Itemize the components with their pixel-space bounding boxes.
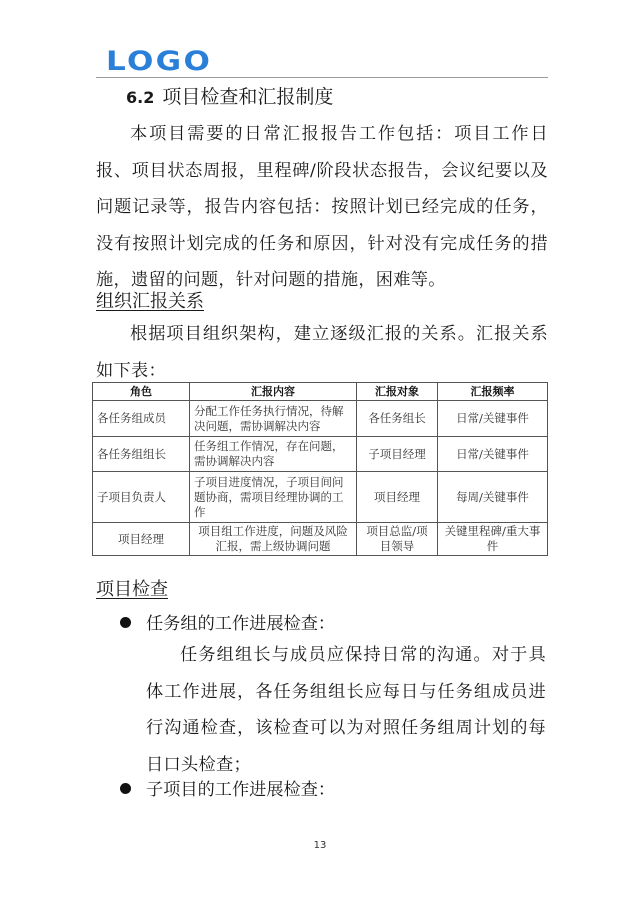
bullet-icon: [120, 617, 131, 628]
cell-role: 各任务组成员: [93, 401, 190, 437]
logo: LOGO: [106, 48, 212, 76]
cell-target: 各任务组长: [357, 401, 438, 437]
col-header-content: 汇报内容: [190, 383, 357, 401]
cell-content: 项目组工作进度，问题及风险汇报，需上级协调问题: [190, 523, 357, 556]
cell-frequency: 每周/关键事件: [438, 472, 548, 523]
reporting-table: 角色 汇报内容 汇报对象 汇报频率 各任务组成员 分配工作任务执行情况，待解决问…: [92, 382, 548, 556]
table-row: 各任务组组长 任务组工作情况，存在问题，需协调解决内容 子项目经理 日常/关键事…: [93, 437, 548, 472]
col-header-role: 角色: [93, 383, 190, 401]
org-paragraph: 根据项目组织架构，建立逐级汇报的关系。汇报关系如下表：: [96, 316, 548, 389]
cell-role: 项目经理: [93, 523, 190, 556]
section-number: 6.2: [126, 88, 154, 107]
cell-content: 任务组工作情况，存在问题，需协调解决内容: [190, 437, 357, 472]
cell-target: 项目经理: [357, 472, 438, 523]
section-title-text: 项目检查和汇报制度: [162, 86, 333, 108]
table-row: 各任务组成员 分配工作任务执行情况，待解决问题，需协调解决内容 各任务组长 日常…: [93, 401, 548, 437]
section-title: 6.2项目检查和汇报制度: [126, 84, 333, 111]
check-heading: 项目检查: [96, 578, 168, 602]
org-heading: 组织汇报关系: [96, 290, 204, 314]
col-header-target: 汇报对象: [357, 383, 438, 401]
table-row: 子项目负责人 子项目进度情况，子项目间问题协商，需项目经理协调的工作 项目经理 …: [93, 472, 548, 523]
bullet-item: 子项目的工作进展检查：: [120, 778, 335, 802]
cell-content: 分配工作任务执行情况，待解决问题，需协调解决内容: [190, 401, 357, 437]
cell-role: 各任务组组长: [93, 437, 190, 472]
intro-paragraph: 本项目需要的日常汇报报告工作包括：项目工作日报、项目状态周报，里程碑/阶段状态报…: [96, 116, 548, 299]
cell-role: 子项目负责人: [93, 472, 190, 523]
cell-frequency: 日常/关键事件: [438, 401, 548, 437]
bullet-item: 任务组的工作进展检查：: [120, 612, 335, 636]
table-row: 项目经理 项目组工作进度，问题及风险汇报，需上级协调问题 项目总监/项目领导 关…: [93, 523, 548, 556]
cell-frequency: 日常/关键事件: [438, 437, 548, 472]
page-number: 13: [0, 840, 640, 851]
header-divider: [96, 77, 548, 78]
bullet-paragraph: 任务组组长与成员应保持日常的沟通。对于具体工作进展，各任务组组长应每日与任务组成…: [146, 637, 546, 783]
bullet-icon: [120, 783, 131, 794]
cell-content: 子项目进度情况，子项目间问题协商，需项目经理协调的工作: [190, 472, 357, 523]
cell-target: 项目总监/项目领导: [357, 523, 438, 556]
cell-target: 子项目经理: [357, 437, 438, 472]
cell-frequency: 关键里程碑/重大事件: [438, 523, 548, 556]
col-header-frequency: 汇报频率: [438, 383, 548, 401]
bullet-label: 任务组的工作进展检查：: [146, 614, 335, 634]
bullet-label: 子项目的工作进展检查：: [146, 780, 335, 800]
table-header-row: 角色 汇报内容 汇报对象 汇报频率: [93, 383, 548, 401]
